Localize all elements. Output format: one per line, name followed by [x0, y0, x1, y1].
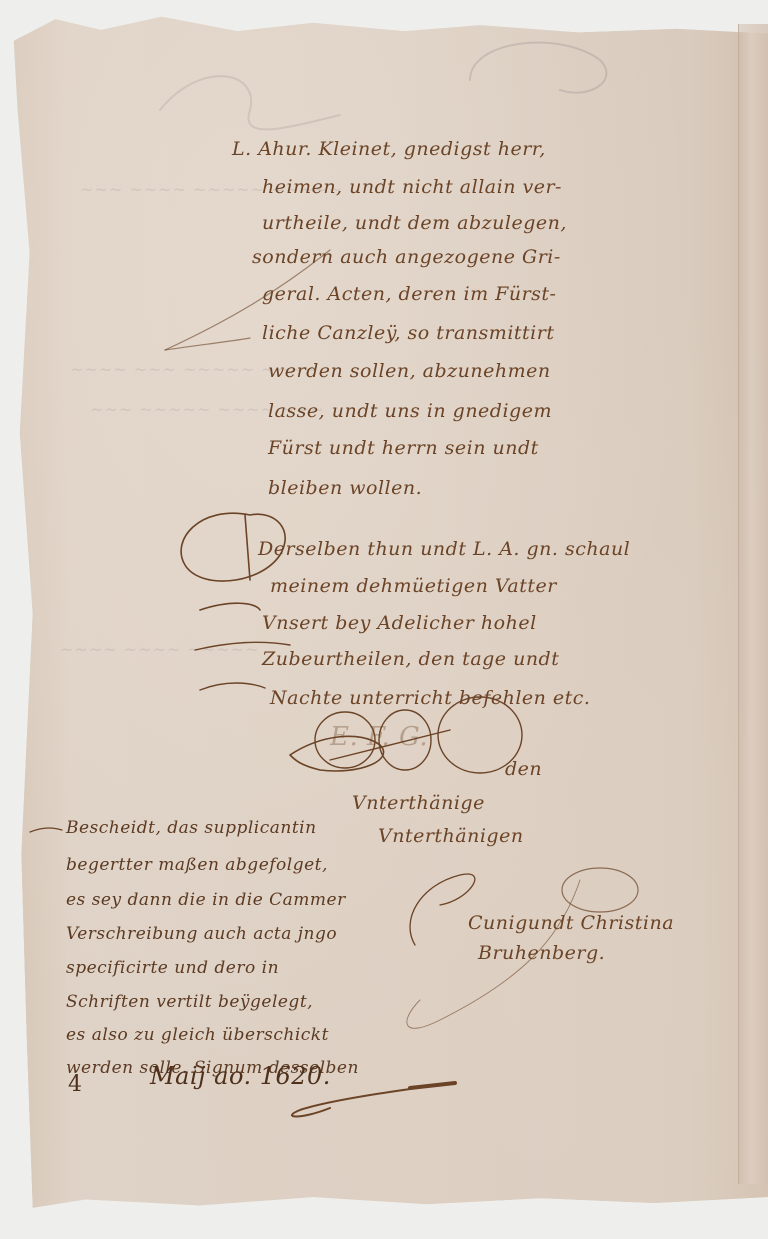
- main-text-line: lasse, undt uns in gnedigem: [268, 400, 552, 422]
- margin-note-line: begertter maßen abgefolget,: [66, 855, 328, 875]
- margin-note-line: Schriften vertilt beÿgelegt,: [66, 992, 313, 1012]
- folio-number: 4: [68, 1072, 83, 1097]
- main-text-line: sondern auch angezogene Gri-: [252, 246, 561, 268]
- main-text-line: geral. Acten, deren im Fürst-: [262, 283, 556, 305]
- document-date: Maij ao. 1620.: [150, 1062, 331, 1090]
- main-text-line: heimen, undt nicht allain ver-: [262, 176, 562, 198]
- signature-suffix: den: [505, 758, 542, 780]
- margin-note-line: Bescheidt, das supplicantin: [66, 818, 317, 838]
- main-text-line: urtheile, undt dem abzulegen,: [262, 212, 567, 234]
- closing-text-line: Nachte unterricht befehlen etc.: [270, 687, 590, 709]
- signatory-surname: Bruhenberg.: [478, 942, 605, 964]
- signatory-name: Cunigundt Christina: [468, 912, 674, 934]
- signature-line: Vnterthänigen: [378, 825, 524, 847]
- signature-line: Vnterthänige: [352, 792, 485, 814]
- margin-note-line: Verschreibung auch acta jngo: [66, 924, 337, 944]
- signature-monogram: E. F. G.: [330, 722, 428, 752]
- main-text-line: liche Canzleÿ, so transmittirt: [262, 322, 554, 344]
- main-text-line: Fürst undt herrn sein undt: [268, 437, 539, 459]
- closing-text-line: Derselben thun undt L. A. gn. schaul: [258, 538, 630, 560]
- closing-text-line: meinem dehmüetigen Vatter: [270, 575, 557, 597]
- closing-text-line: Zubeurtheilen, den tage undt: [262, 648, 559, 670]
- main-text-line: L. Ahur. Kleinet, gnedigst herr,: [232, 138, 546, 160]
- margin-note-line: specificirte und dero in: [66, 958, 279, 978]
- main-text-line: bleiben wollen.: [268, 477, 422, 499]
- main-text-line: werden sollen, abzunehmen: [268, 360, 551, 382]
- closing-text-line: Vnsert bey Adelicher hohel: [262, 612, 537, 634]
- margin-note-line: es also zu gleich überschickt: [66, 1025, 329, 1045]
- margin-note-line: es sey dann die in die Cammer: [66, 890, 346, 910]
